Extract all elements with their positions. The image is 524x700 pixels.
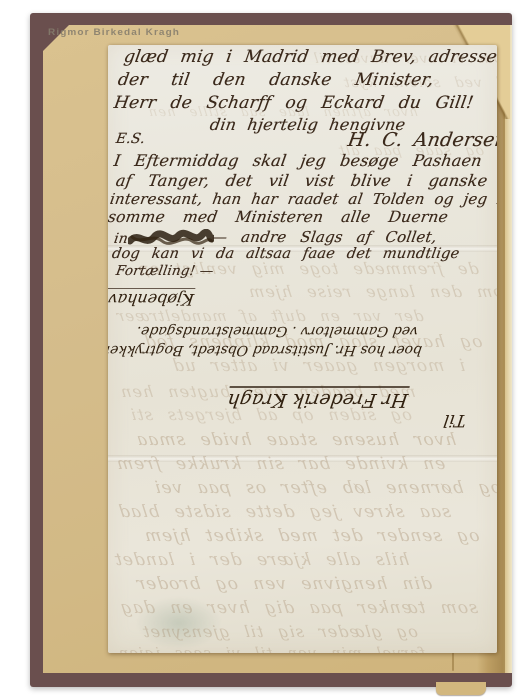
bleedthrough-line: hils alle kjære der i landet: [113, 550, 411, 570]
address-block: Til Hr Frederik Kragh boer hos Hr. Justi…: [108, 277, 476, 429]
manuscript-line: dog kan vi da altsaa faae det mundtlige: [111, 246, 461, 262]
address-line: boer hos Hr. Justitsraad Obstedt, Bogtry…: [108, 341, 422, 358]
manuscript-line: — andre Slags af Collet,: [211, 228, 439, 246]
signature: H. C. Andersen: [346, 129, 497, 151]
postscript-initials: E.S.: [115, 131, 147, 147]
manuscript-line: in: [113, 231, 129, 247]
manuscript-line: af Tanger, det vil vist blive i ganske: [114, 171, 488, 190]
tail-flap: [436, 682, 486, 695]
manuscript-line: der til den danske Minister,: [116, 70, 435, 90]
bleedthrough-line: og børnene løb efter os paa vei: [153, 478, 497, 498]
manuscript-line: Herr de Scharff og Eckard du Gill!: [112, 93, 474, 113]
address-line: Til: [108, 411, 466, 429]
manuscript-line: interessant, han har raadet al Tolden og…: [109, 190, 497, 208]
bleedthrough-line: saa skrev jeg dette sidste blad: [117, 502, 452, 522]
manuscript-line: somme med Ministeren alle Duerne: [108, 208, 449, 226]
recipient-name: Hr Frederik Kragh: [108, 386, 408, 411]
bleedthrough-line: som tænker paa dig hver en dag: [119, 598, 479, 618]
manuscript-line: glæd mig i Madrid med Brev, adresseret: [122, 47, 497, 67]
manuscript-line: I Eftermiddag skal jeg besøge Pashaen: [112, 151, 483, 170]
bleedthrough-line: din hengivne ven og broder: [135, 574, 433, 594]
bleedthrough-line: en kvinde bar sin krukke frem: [115, 454, 447, 474]
bleedthrough-line: hvor husene staae hvide smaa: [135, 430, 458, 450]
book-cover: Rigmor Birkedal Kragh og see saa kom vi …: [30, 13, 512, 687]
bleedthrough-line: farvel min ven til vi sees igjen: [117, 644, 427, 653]
bleedthrough-line: og glæder sig til gjensynet: [141, 622, 419, 641]
address-line: ved Gammeltorv . Gammelstrandsgade.: [108, 322, 418, 339]
address-city: Kjøbenhavn.: [108, 288, 194, 308]
owner-stamp: Rigmor Birkedal Kragh: [48, 27, 180, 37]
photo-of-letter: { "stamp": { "text": "Rigmor Birkedal Kr…: [0, 0, 524, 700]
manuscript-page: og see saa kom vi over havet til den hvi…: [108, 45, 497, 653]
bleedthrough-line: og sender det med skibet hjem: [143, 526, 481, 546]
